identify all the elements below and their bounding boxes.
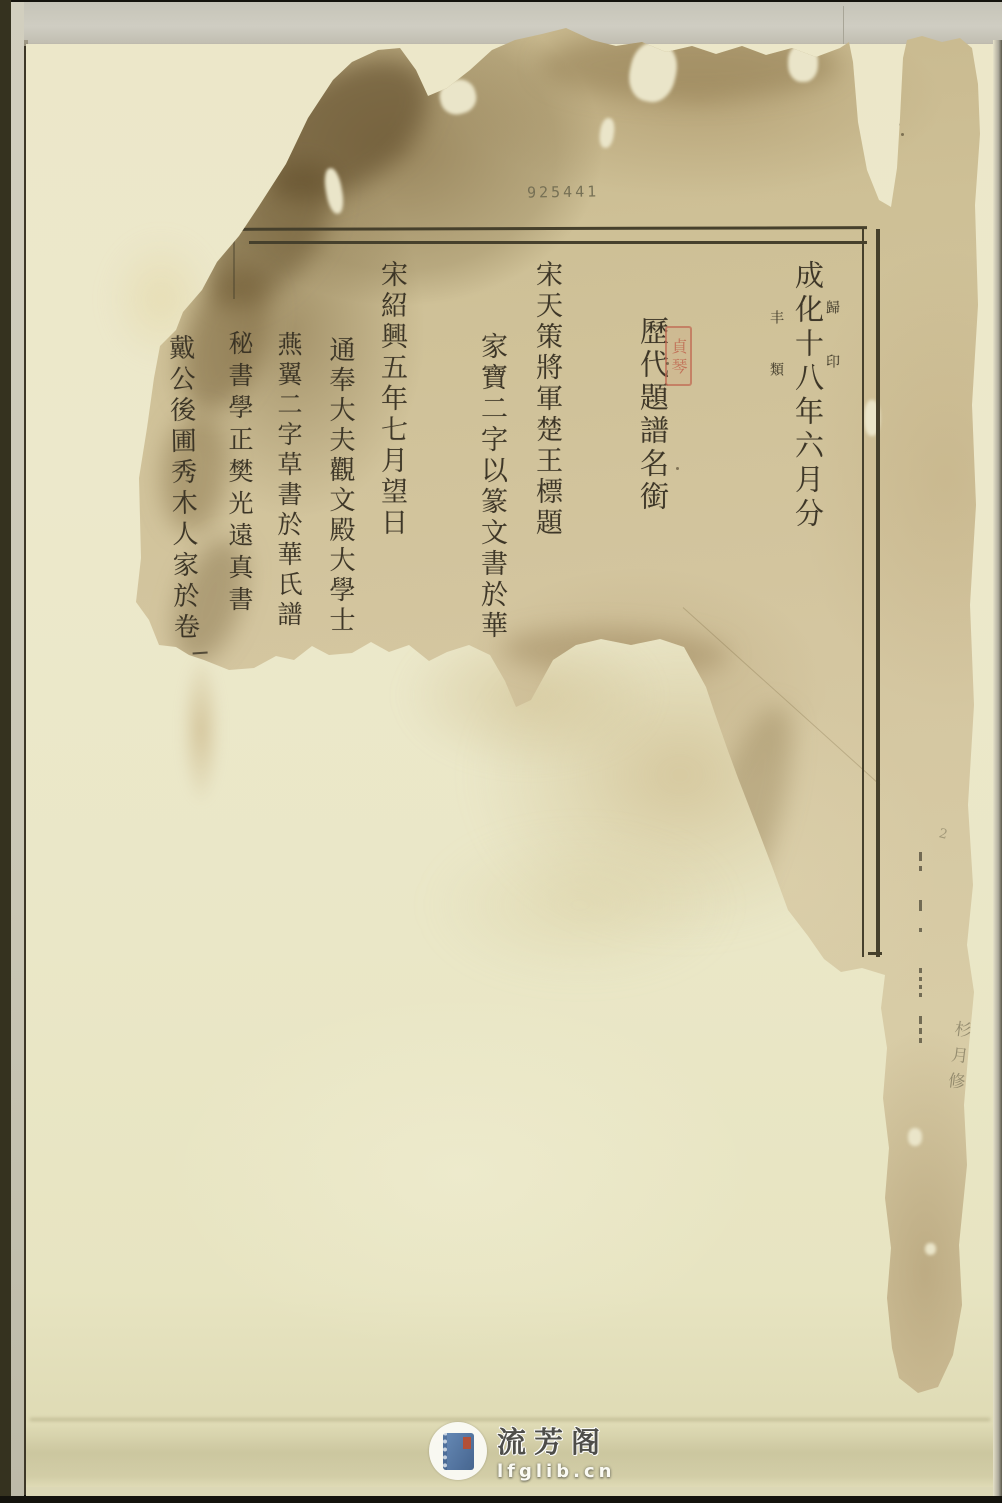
stitch-mark — [919, 985, 922, 989]
paper-loss-patch — [598, 117, 616, 149]
column-song-biaoti: 宋天策將軍楚王標題 — [527, 260, 566, 539]
stitch-mark — [919, 1028, 922, 1034]
frame-border-top-outer — [237, 226, 867, 231]
stitch-mark — [919, 866, 922, 871]
ink-speck — [676, 467, 679, 470]
frame-border-top-inner — [249, 241, 867, 244]
book-logo-icon — [443, 1433, 474, 1470]
watermark-logo-circle — [429, 1422, 487, 1480]
stitch-mark — [919, 852, 922, 861]
backdrop-sliver-left — [11, 2, 24, 1500]
frame-border-right-end — [868, 952, 882, 955]
red-collector-seal: 貞琴 — [665, 326, 692, 386]
watermark: 流芳阁 lfglib.cn — [429, 1420, 615, 1482]
paper-loss-patch — [925, 1243, 936, 1255]
column-annotation-right: 歸印 — [822, 300, 842, 408]
stitch-mark — [919, 993, 922, 997]
column-shaoxing-date: 宋紹興五年七月望日 — [372, 260, 411, 539]
ink-speck — [666, 362, 669, 365]
stitch-mark — [919, 968, 922, 973]
book-title-slip-icon — [463, 1437, 471, 1449]
accession-number-stamp: 925441 — [527, 182, 599, 201]
ink-speck — [901, 133, 904, 136]
backing-stain-drip — [180, 655, 222, 805]
photo-backdrop-top — [0, 2, 1002, 46]
backdrop-crack — [843, 6, 844, 44]
watermark-text: 流芳阁 lfglib.cn — [497, 1420, 615, 1482]
column-mishu: 秘書學正樊光遠真書 — [221, 330, 257, 618]
photo-edge-bottom — [0, 1496, 1002, 1503]
watermark-site-url: lfglib.cn — [497, 1461, 615, 1482]
stitch-mark — [919, 977, 922, 981]
backing-bottom-strip — [26, 1487, 993, 1496]
column-daigong: 戴公後圃秀木人家於卷 — [161, 334, 203, 645]
photo-edge-left — [0, 0, 11, 1503]
stitch-mark — [919, 900, 922, 911]
column-yanyi: 燕翼二字草書於華氏譜 — [270, 331, 306, 631]
column-jiabao: 家寶二字以篆文書於華 — [472, 332, 511, 642]
photo-edge-right — [993, 40, 1002, 1503]
backing-stain-faint — [430, 830, 730, 980]
paper-loss-patch — [908, 1128, 922, 1146]
stitch-mark — [919, 928, 922, 932]
column-tongfeng: 通奉大夫觀文殿大學士 — [322, 336, 359, 636]
stitch-mark — [919, 1038, 922, 1043]
watermark-site-name: 流芳阁 — [497, 1420, 615, 1461]
frame-border-right-inner — [876, 229, 880, 957]
pencil-mark: 2 — [937, 826, 949, 843]
column-annotation-left: 丰類 — [766, 310, 786, 414]
frame-border-right-outer — [862, 227, 864, 957]
stitch-mark — [919, 1016, 922, 1024]
